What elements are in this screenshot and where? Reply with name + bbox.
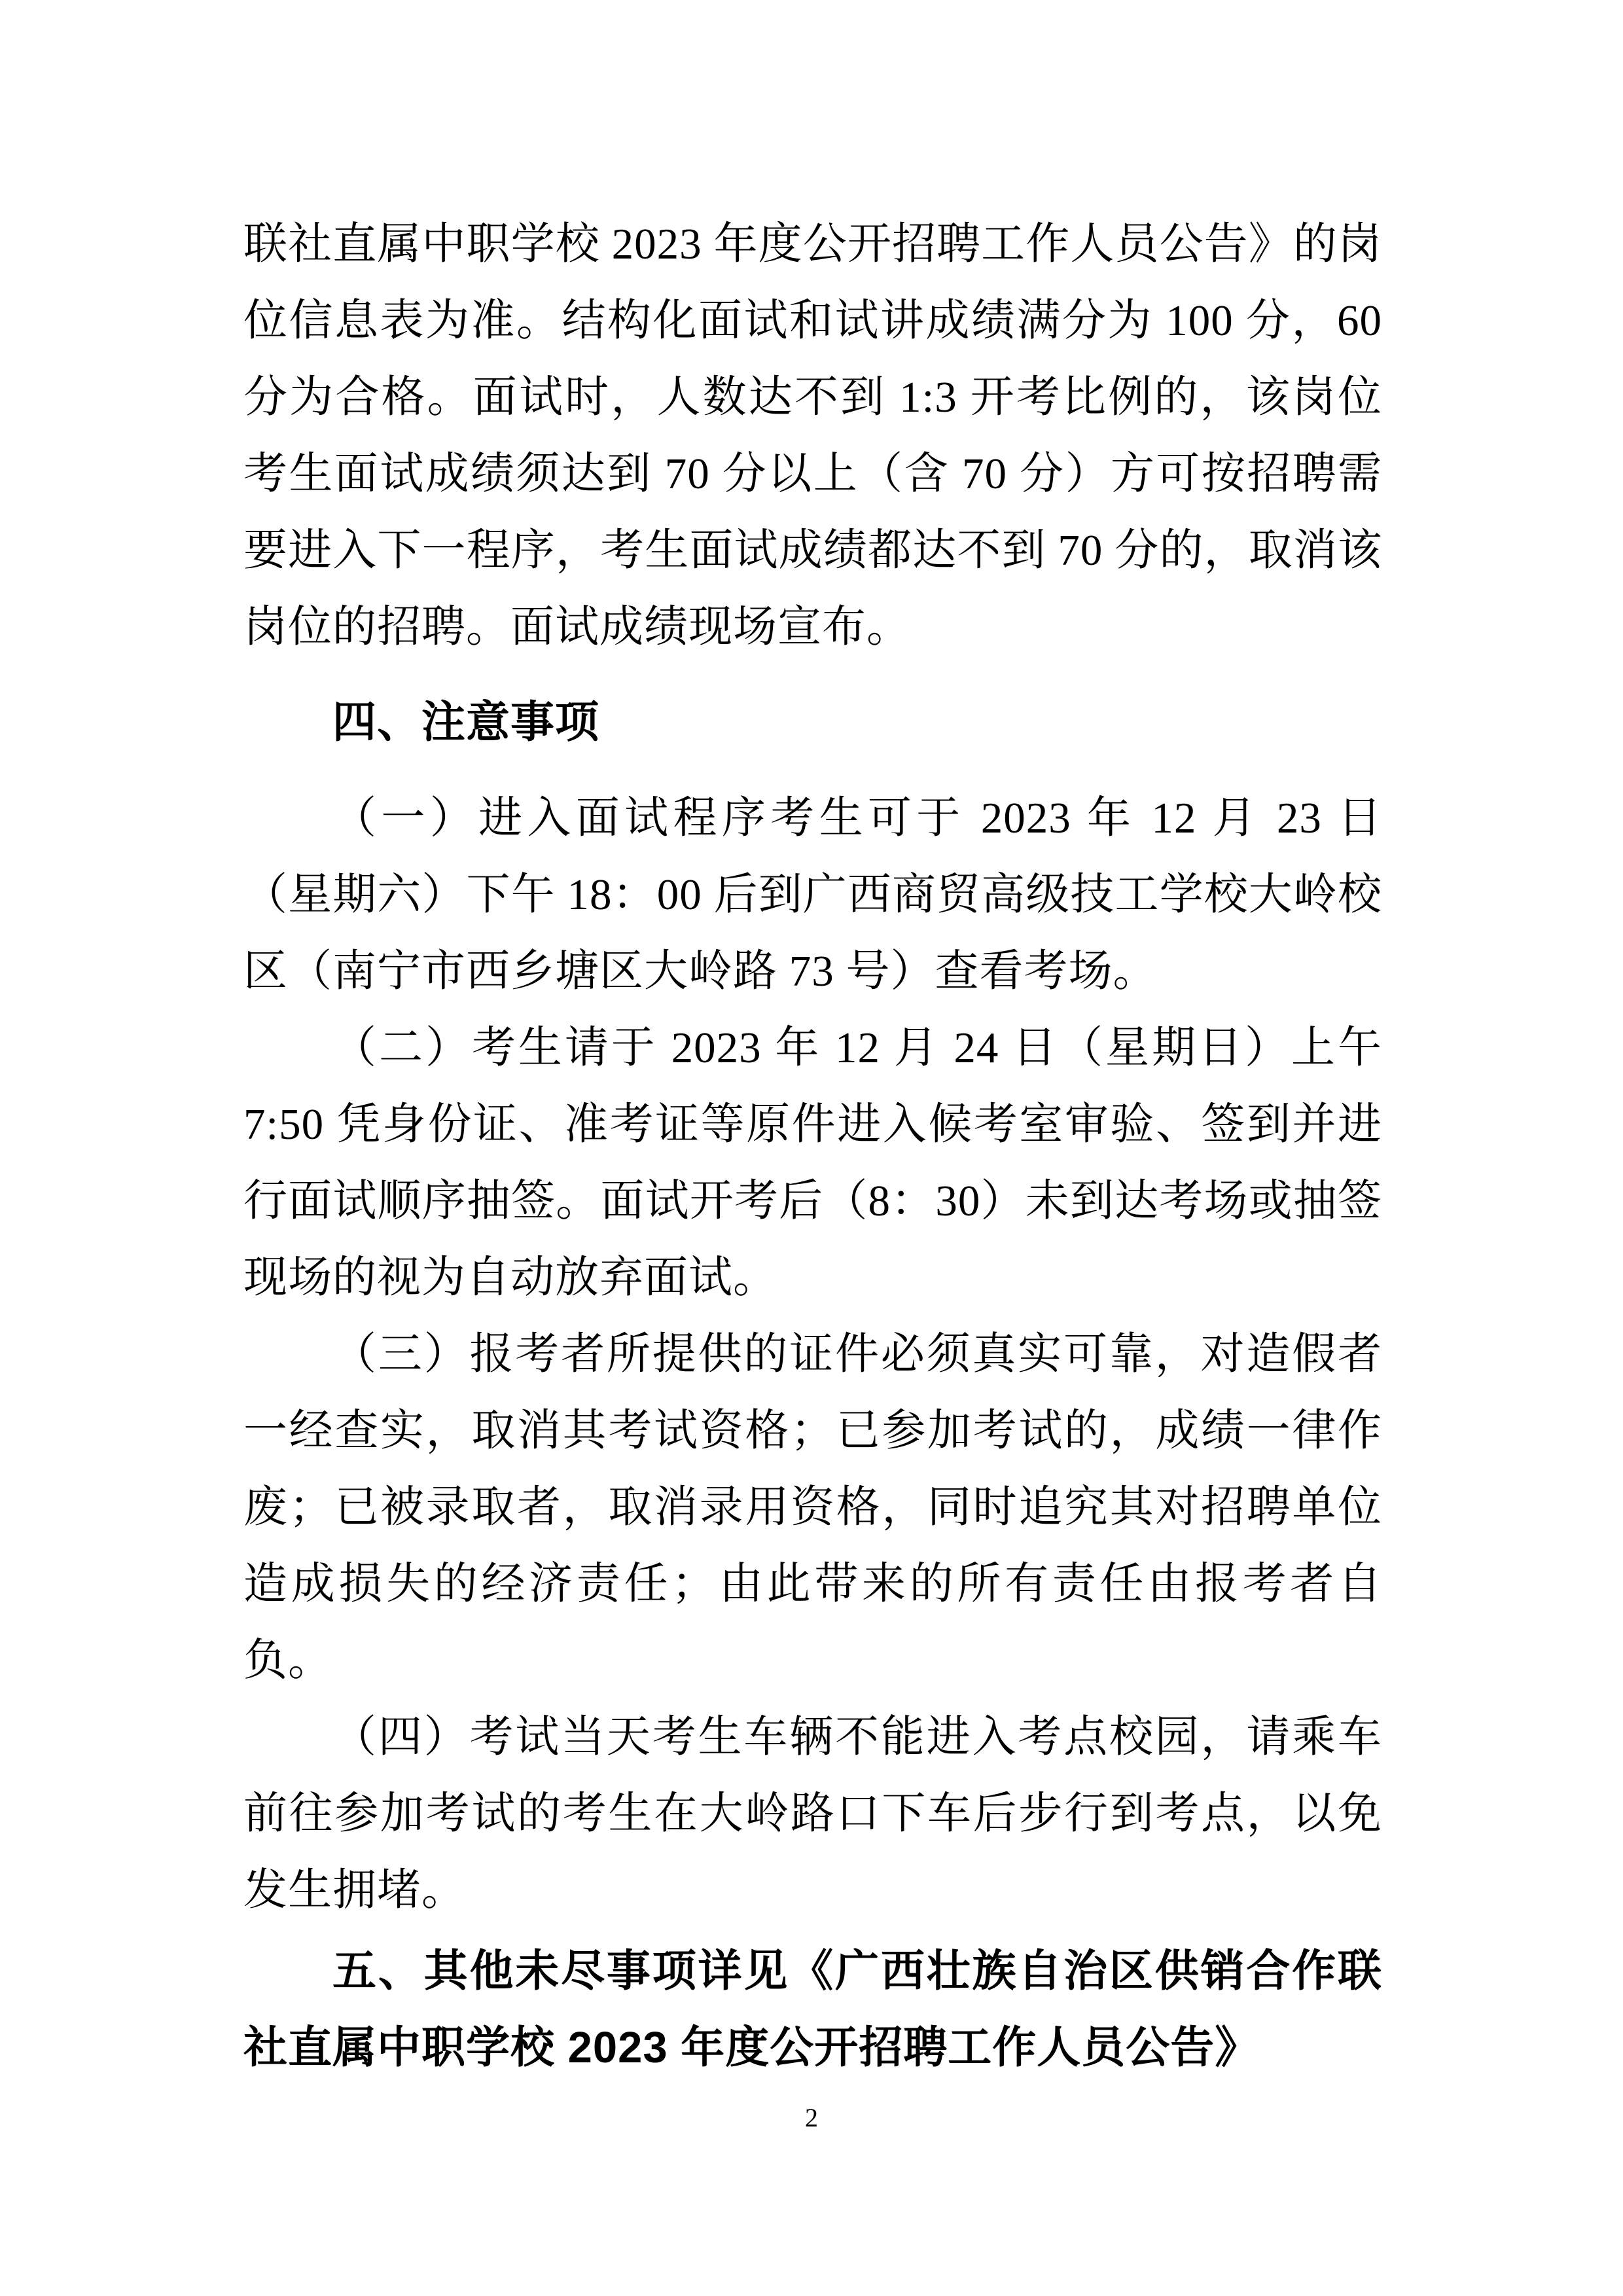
page-number: 2 — [0, 2102, 1623, 2134]
notice-item-3: （三）报考者所提供的证件必须真实可靠，对造假者一经查实，取消其考试资格；已参加考… — [243, 1316, 1382, 1699]
document-body: 联社直属中职学校 2023 年度公开招聘工作人员公告》的岗位信息表为准。结构化面… — [243, 206, 1382, 2086]
section-heading-5: 五、其他未尽事项详见《广西壮族自治区供销合作联社直属中职学校 2023 年度公开… — [243, 1933, 1382, 2086]
section-heading-4: 四、注意事项 — [243, 684, 1382, 761]
notice-item-2: （二）考生请于 2023 年 12 月 24 日（星期日）上午 7:50 凭身份… — [243, 1010, 1382, 1316]
notice-item-4: （四）考试当天考生车辆不能进入考点校园，请乘车前往参加考试的考生在大岭路口下车后… — [243, 1699, 1382, 1929]
document-page: 联社直属中职学校 2023 年度公开招聘工作人员公告》的岗位信息表为准。结构化面… — [0, 0, 1623, 2296]
notice-item-1: （一）进入面试程序考生可于 2023 年 12 月 23 日（星期六）下午 18… — [243, 780, 1382, 1010]
paragraph-continuation: 联社直属中职学校 2023 年度公开招聘工作人员公告》的岗位信息表为准。结构化面… — [243, 206, 1382, 666]
